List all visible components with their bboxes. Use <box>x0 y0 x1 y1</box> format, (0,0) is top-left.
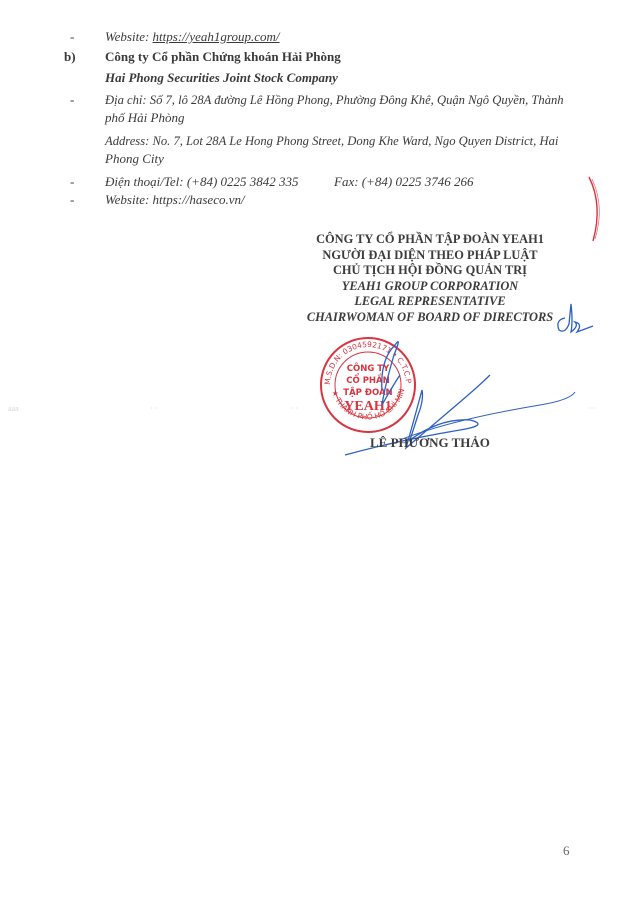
page-number: 6 <box>563 843 570 859</box>
fax: Fax: (+84) 0225 3746 266 <box>334 174 473 190</box>
telephone: Điện thoại/Tel: (+84) 0225 3842 335 <box>105 174 299 190</box>
signer-name: LÊ PHƯƠNG THẢO <box>370 435 490 451</box>
website-label: Website: <box>105 29 153 44</box>
address-en-line1: Address: No. 7, Lot 28A Le Hong Phong St… <box>105 133 558 149</box>
section-label-b: b) <box>64 49 76 65</box>
legal-rep-vi: NGƯỜI ĐẠI DIỆN THEO PHÁP LUẬT <box>270 248 590 264</box>
chair-title-en: CHAIRWOMAN OF BOARD OF DIRECTORS <box>270 310 590 326</box>
bullet-dash: - <box>70 92 74 108</box>
company-name-en: YEAH1 GROUP CORPORATION <box>270 279 590 295</box>
legal-rep-en: LEGAL REPRESENTATIVE <box>270 294 590 310</box>
yeah1-website-link[interactable]: https://yeah1group.com/ <box>153 29 280 44</box>
chair-title-vi: CHỦ TỊCH HỘI ĐỒNG QUẢN TRỊ <box>270 263 590 279</box>
yeah1-website-line: Website: https://yeah1group.com/ <box>105 29 280 45</box>
company-title-en: Hai Phong Securities Joint Stock Company <box>105 70 338 86</box>
bleed-through-mark: ··· <box>290 404 298 413</box>
signature-block: CÔNG TY CỔ PHẦN TẬP ĐOÀN YEAH1 NGƯỜI ĐẠI… <box>270 232 590 326</box>
company-title-vi: Công ty Cổ phần Chứng khoán Hải Phòng <box>105 49 341 65</box>
document-page: - Website: https://yeah1group.com/ b) Cô… <box>0 0 640 905</box>
address-vi-line2: phố Hải Phòng <box>105 110 184 126</box>
bullet-dash: - <box>70 29 74 45</box>
address-en-line2: Phong City <box>105 151 164 167</box>
bleed-through-mark: ··· <box>588 404 596 413</box>
address-vi-line1: Địa chỉ: Số 7, lô 28A đường Lê Hồng Phon… <box>105 92 564 108</box>
bullet-dash: - <box>70 192 74 208</box>
bleed-through-mark: ааа <box>8 404 19 413</box>
bleed-through-mark: ··· <box>150 404 158 413</box>
haseco-website[interactable]: Website: https://haseco.vn/ <box>105 192 245 208</box>
bullet-dash: - <box>70 174 74 190</box>
company-name-vi: CÔNG TY CỔ PHẦN TẬP ĐOÀN YEAH1 <box>270 232 590 248</box>
